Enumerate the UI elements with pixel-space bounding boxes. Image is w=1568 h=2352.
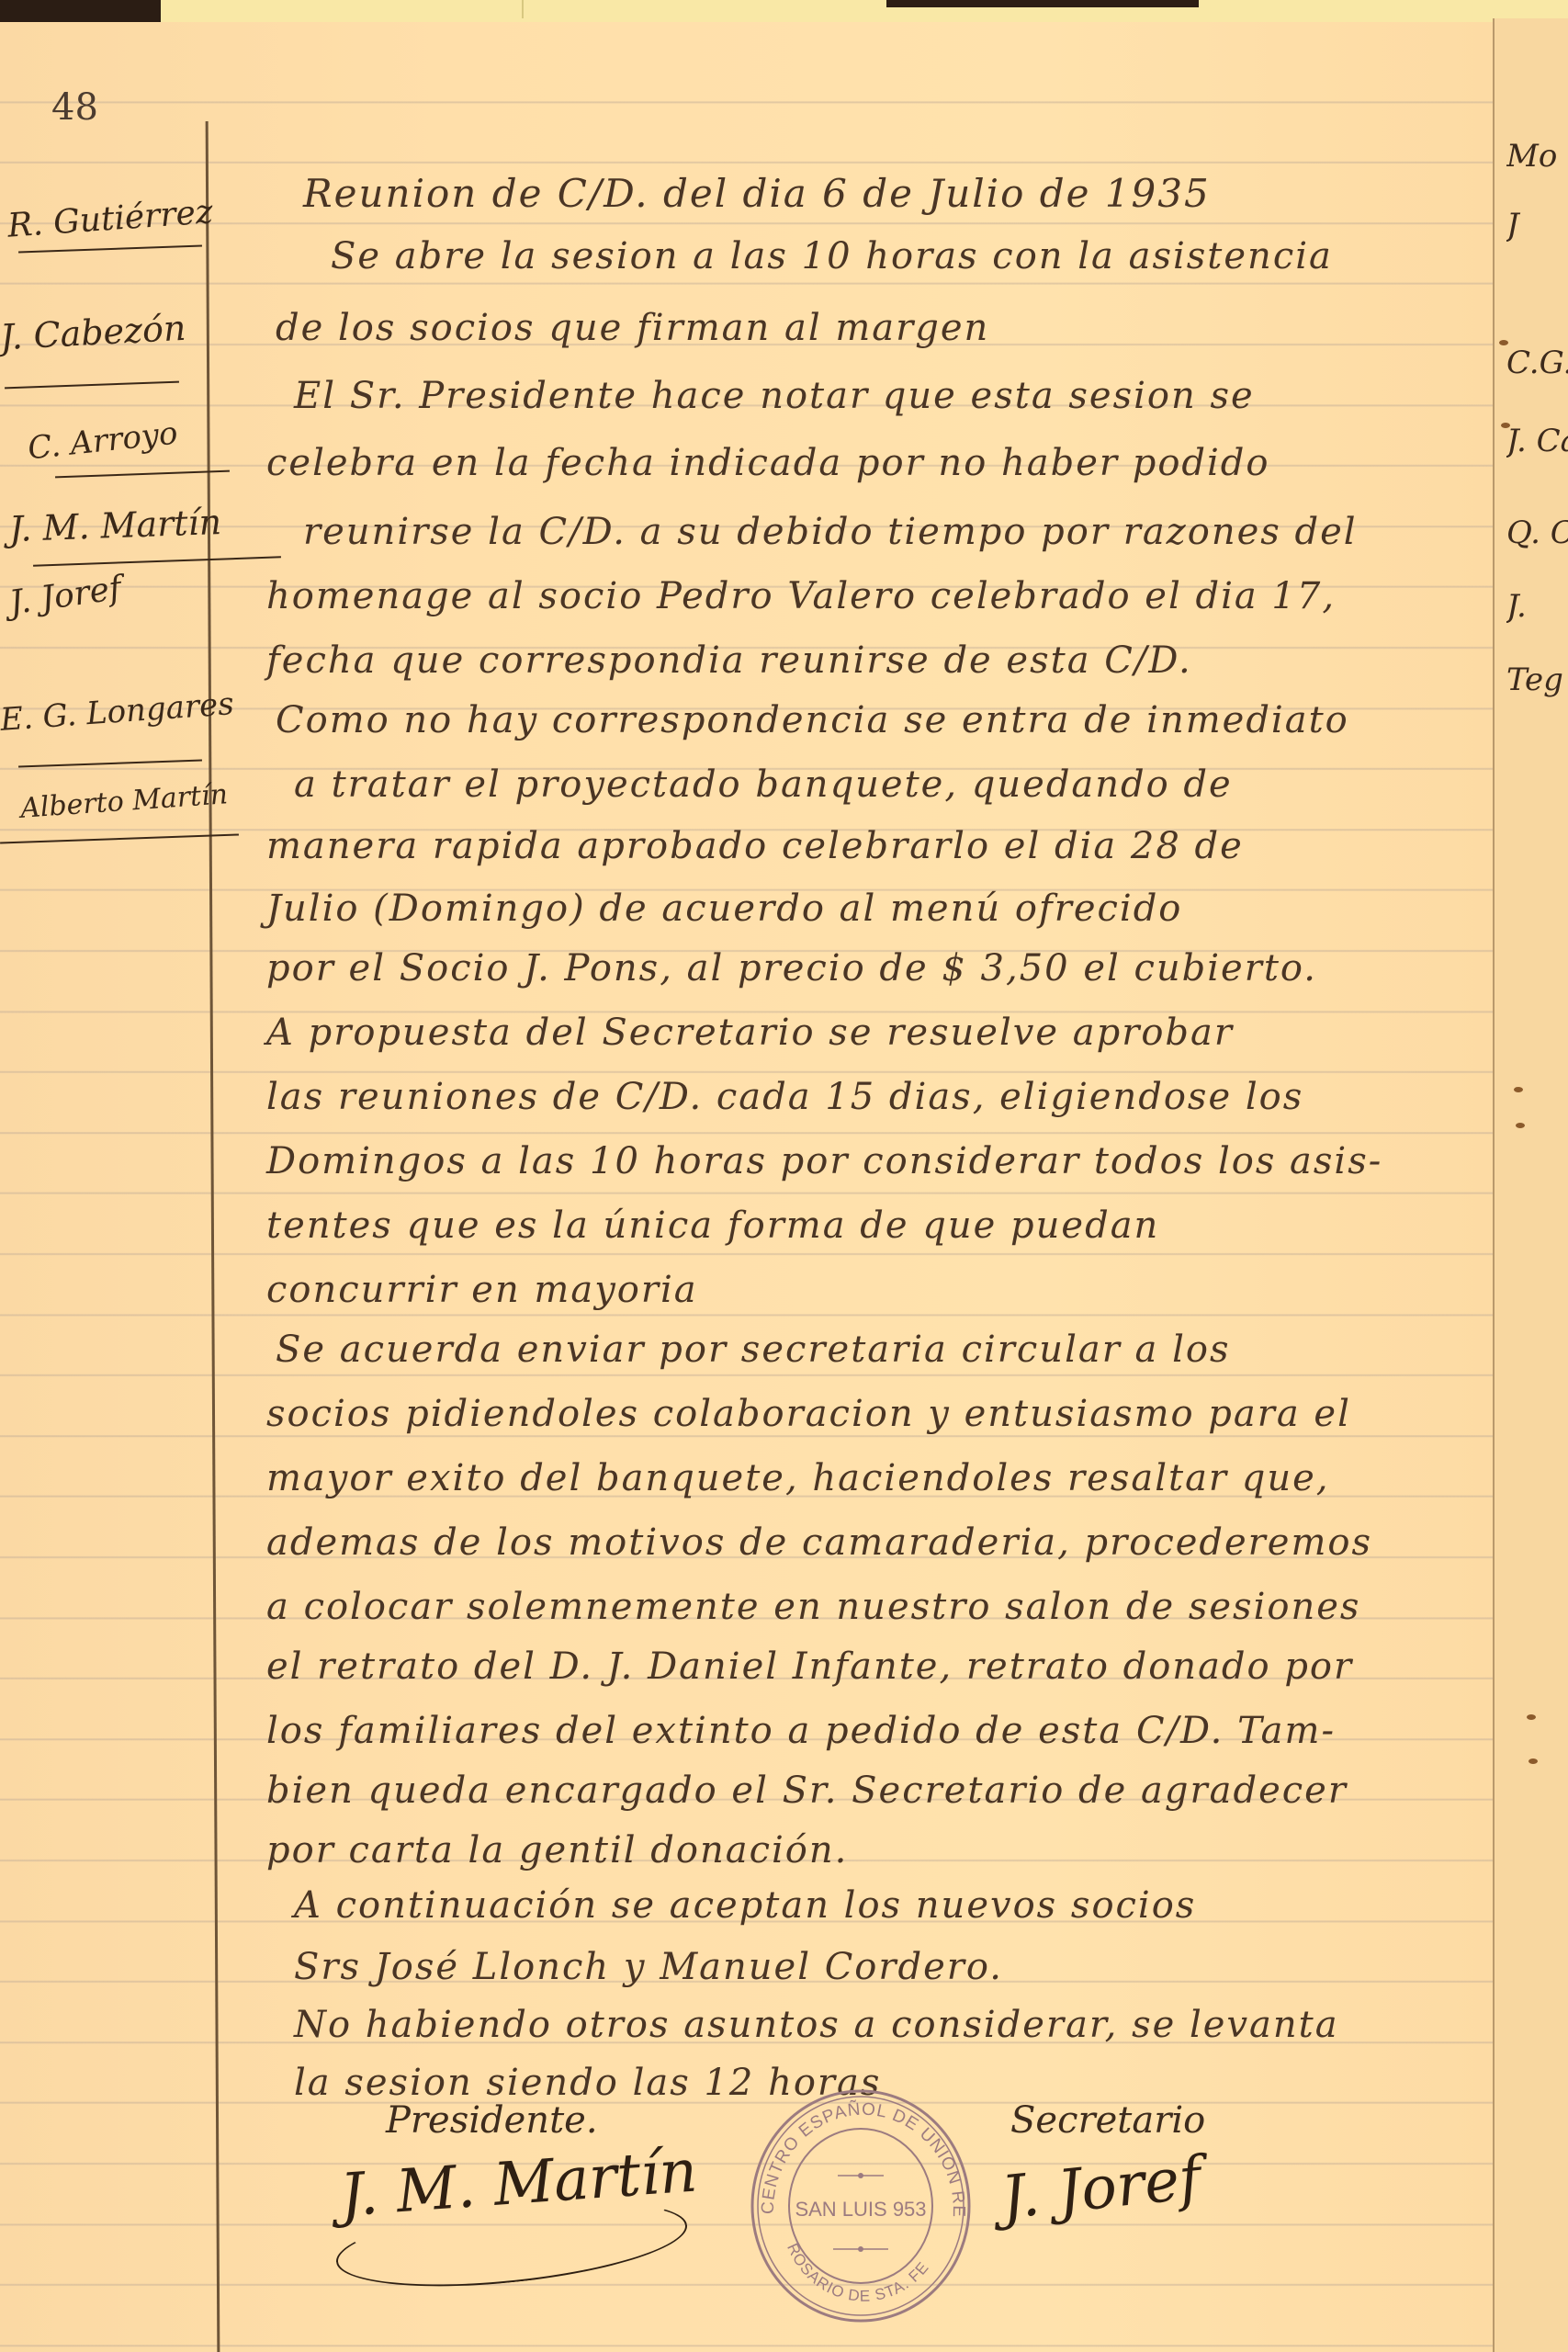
paper-stain	[1516, 1123, 1525, 1128]
facing-page-signature: J. Ca	[1506, 423, 1568, 459]
stamp-seal-icon: CENTRO ESPAÑOL DE UNION REPUBLICANA ROSA…	[746, 2086, 976, 2326]
minutes-line: El Sr. Presidente hace notar que esta se…	[294, 375, 1255, 417]
minutes-line: por el Socio J. Pons, al precio de $ 3,5…	[266, 947, 1317, 989]
facing-page-signature: J	[1506, 207, 1568, 243]
minutes-line: reunirse la C/D. a su debido tiempo por …	[303, 511, 1358, 553]
secretary-label: Secretario	[1010, 2099, 1205, 2142]
minutes-line: homenage al socio Pedro Valero celebrado…	[266, 575, 1336, 617]
minutes-line: por carta la gentil donación.	[266, 1829, 848, 1871]
facing-page-signature: Q. C	[1506, 514, 1568, 551]
minutes-line: a tratar el proyectado banquete, quedand…	[294, 763, 1233, 806]
minutes-line: a colocar solemnemente en nuestro salon …	[266, 1586, 1360, 1628]
paper-stain	[1501, 423, 1510, 428]
minutes-line: Srs José Llonch y Manuel Cordero.	[294, 1946, 1003, 1988]
minutes-line: celebra en la fecha indicada por no habe…	[266, 442, 1269, 484]
minutes-line: fecha que correspondia reunirse de esta …	[266, 639, 1192, 682]
minutes-line: los familiares del extinto a pedido de e…	[266, 1710, 1336, 1752]
svg-text:SAN LUIS 953: SAN LUIS 953	[795, 2198, 926, 2221]
minutes-line: Domingos a las 10 horas por considerar t…	[266, 1140, 1382, 1182]
dark-background-edge	[886, 0, 1199, 7]
paper-stain	[1527, 1714, 1536, 1720]
paper-stain	[1514, 1087, 1523, 1092]
facing-page-signature: Teg	[1506, 661, 1568, 698]
minutes-line: Como no hay correspondencia se entra de …	[276, 699, 1349, 741]
facing-page-signature: Mo	[1506, 138, 1568, 175]
paper-stain	[1529, 1758, 1538, 1764]
ruled-lines	[0, 22, 1493, 2352]
society-stamp: CENTRO ESPAÑOL DE UNION REPUBLICANA ROSA…	[746, 2086, 976, 2326]
minutes-line: socios pidiendoles colaboracion y entusi…	[266, 1393, 1351, 1435]
top-background-strip	[0, 0, 1568, 24]
minutes-line: manera rapida aprobado celebrarlo el dia…	[266, 825, 1244, 867]
paper-tab-edge	[522, 0, 524, 18]
minutes-line: A continuación se aceptan los nuevos soc…	[294, 1884, 1196, 1927]
minutes-line: tentes que es la única forma de que pued…	[266, 1204, 1159, 1247]
page-number: 48	[51, 86, 98, 129]
minutes-line: A propuesta del Secretario se resuelve a…	[266, 1012, 1234, 1054]
paper-stain	[1499, 340, 1508, 345]
minutes-line: bien queda encargado el Sr. Secretario d…	[266, 1770, 1348, 1812]
minutes-line: Se abre la sesion a las 10 horas con la …	[331, 235, 1333, 277]
minutes-line: concurrir en mayoria	[266, 1269, 698, 1311]
minutes-line: ademas de los motivos de camaraderia, pr…	[266, 1521, 1372, 1564]
minutes-line: mayor exito del banquete, haciendoles re…	[266, 1457, 1330, 1499]
minutes-line: de los socios que firman al margen	[276, 307, 989, 349]
minutes-title: Reunion de C/D. del dia 6 de Julio de 19…	[303, 171, 1211, 216]
minutes-line: Julio (Domingo) de acuerdo al menú ofrec…	[266, 888, 1182, 930]
ledger-page: 48	[0, 22, 1493, 2352]
attendee-signature: J. M. Martín	[8, 502, 222, 549]
minutes-line: No habiendo otros asuntos a considerar, …	[294, 2004, 1339, 2046]
minutes-line: Se acuerda enviar por secretaria circula…	[276, 1329, 1231, 1371]
facing-page-signature: J.	[1506, 588, 1568, 625]
svg-text:ROSARIO DE STA. FE: ROSARIO DE STA. FE	[784, 2241, 932, 2305]
president-label: Presidente.	[386, 2099, 598, 2142]
minutes-line: las reuniones de C/D. cada 15 dias, elig…	[266, 1076, 1303, 1118]
facing-page-signature: C.G.	[1506, 345, 1568, 381]
minutes-line: el retrato del D. J. Daniel Infante, ret…	[266, 1645, 1353, 1688]
dark-background-corner	[0, 0, 161, 24]
